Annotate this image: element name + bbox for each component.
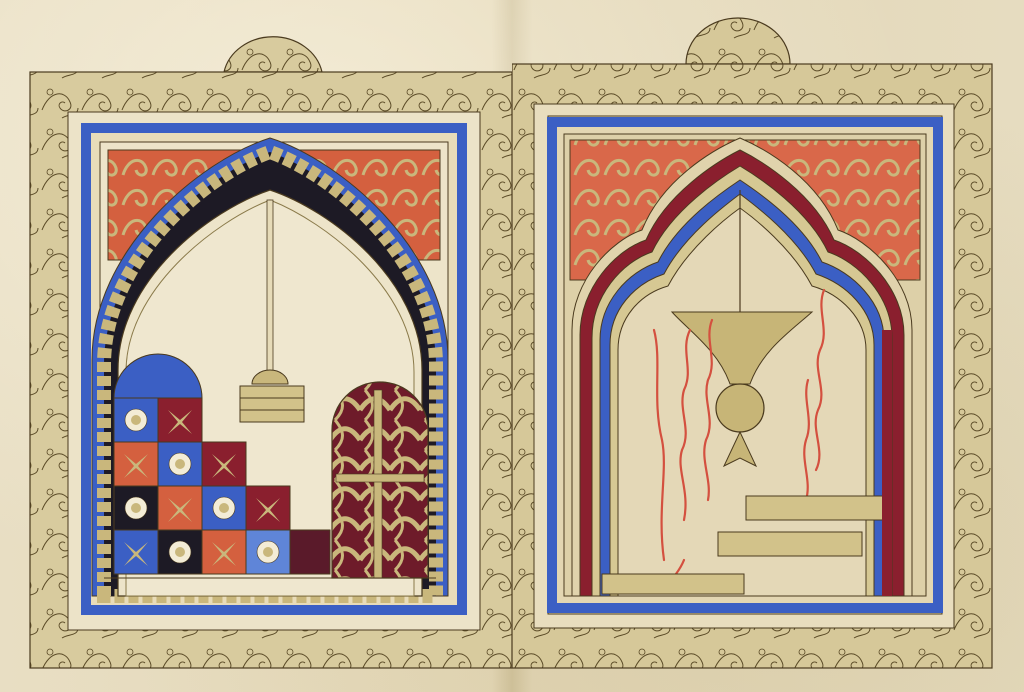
left-page (0, 0, 512, 692)
lamp-bricks (240, 386, 304, 422)
right-page-illumination (512, 0, 1024, 692)
manuscript-spread (0, 0, 1024, 692)
right-page (512, 0, 1024, 692)
left-page-illumination (0, 0, 512, 692)
